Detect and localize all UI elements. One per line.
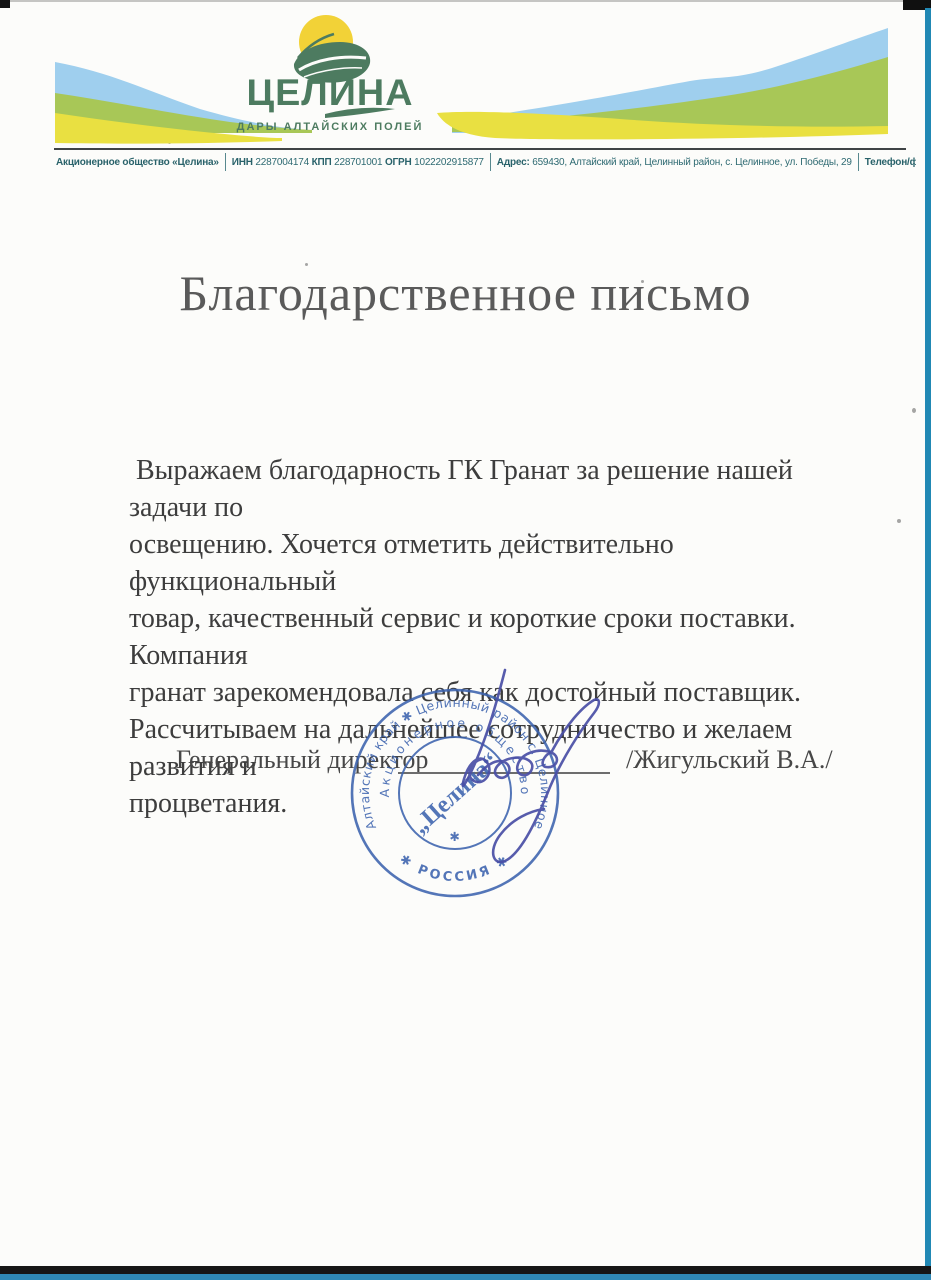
body-line: товар, качественный сервис и короткие ср… bbox=[129, 600, 839, 674]
body-line: освещению. Хочется отметить действительн… bbox=[129, 526, 839, 600]
company-stamp: Алтайский край ✱ Целинный район с. Целин… bbox=[300, 665, 620, 905]
company-info-bar: Акционерное общество «Целина» ИНН 228700… bbox=[50, 151, 916, 173]
scan-speck bbox=[897, 519, 901, 523]
stamp-bottom-text: ✱ РОССИЯ ✱ bbox=[396, 852, 513, 885]
scan-edge-right bbox=[925, 8, 931, 1270]
inn-value: 2287004174 bbox=[255, 157, 309, 168]
info-bar-rule bbox=[54, 148, 906, 150]
company-name-text: Акционерное общество «Целина» bbox=[56, 157, 219, 168]
scan-speck bbox=[912, 408, 916, 413]
registration-numbers: ИНН 2287004174 КПП 228701001 ОГРН 102220… bbox=[226, 157, 490, 168]
stamp-center-text: „Целина“ bbox=[407, 748, 504, 839]
ogrn-label: ОГРН bbox=[385, 157, 412, 168]
logo-tagline: ДАРЫ АЛТАЙСКИХ ПОЛЕЙ bbox=[195, 121, 465, 133]
signature-name: /Жигульский В.А./ bbox=[626, 745, 833, 775]
scan-edge-bottom-blue bbox=[0, 1274, 931, 1280]
address-value: 659430, Алтайский край, Целинный район, … bbox=[532, 157, 852, 168]
address-label: Адрес: bbox=[497, 157, 530, 168]
ogrn-value: 1022202915877 bbox=[414, 157, 484, 168]
body-line: Выражаем благодарность ГК Гранат за реше… bbox=[129, 452, 839, 526]
stamp-inner-star: ✱ bbox=[450, 829, 461, 844]
stamp-graphic: Алтайский край ✱ Целинный район с. Целин… bbox=[352, 690, 558, 896]
letter-title: Благодарственное письмо bbox=[0, 264, 931, 322]
company-address: Адрес: 659430, Алтайский край, Целинный … bbox=[491, 157, 858, 168]
kpp-label: КПП bbox=[312, 157, 332, 168]
kpp-value: 228701001 bbox=[334, 157, 382, 168]
scanned-letter-page: ЦЕЛИНА ДАРЫ АЛТАЙСКИХ ПОЛЕЙ Акционерное … bbox=[0, 0, 931, 1280]
inn-label: ИНН bbox=[232, 157, 253, 168]
scan-edge-bottom-black bbox=[0, 1266, 931, 1274]
phone-label: Телефон/факс: bbox=[865, 157, 916, 168]
company-phone: Телефон/факс: +7 (38596) 2-14-92 bbox=[859, 157, 916, 168]
company-name: Акционерное общество «Целина» bbox=[50, 157, 225, 168]
logo-wordmark: ЦЕЛИНА bbox=[192, 74, 467, 112]
